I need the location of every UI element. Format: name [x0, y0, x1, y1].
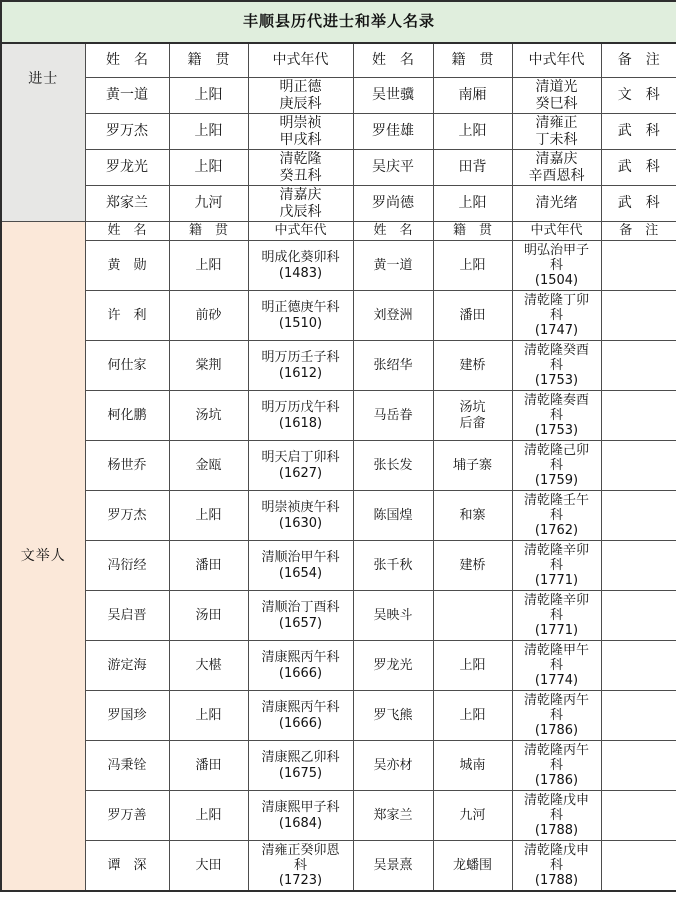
cell-year: 清康熙甲子科 (1684) — [248, 791, 353, 841]
cell-name: 许 利 — [85, 291, 169, 341]
cell-year: 清康熙乙卯科 (1675) — [248, 741, 353, 791]
cell-note: 武 科 — [601, 114, 676, 150]
cell-name: 罗万杰 — [85, 114, 169, 150]
table-row: 游定海大椹清康熙丙午科 (1666)罗龙光上阳清乾隆甲午 科 (1774) — [1, 641, 676, 691]
cell-native-place: 前砂 — [169, 291, 248, 341]
cell-native-place: 上阳 — [169, 491, 248, 541]
cell-year: 清乾隆戊申 科 (1788) — [512, 841, 601, 892]
cell-native-place: 上阳 — [169, 241, 248, 291]
page-title: 丰顺县历代进士和举人名录 — [1, 1, 676, 43]
cell-name: 吴世骥 — [353, 78, 433, 114]
cell-name: 张绍华 — [353, 341, 433, 391]
cell-name: 张长发 — [353, 441, 433, 491]
cell-note — [601, 741, 676, 791]
cell-native-place: 上阳 — [433, 691, 512, 741]
cell-native-place: 上阳 — [169, 150, 248, 186]
cell-year: 清乾隆戊申 科 (1788) — [512, 791, 601, 841]
section-jinshi: 进士姓 名籍 贯中式年代姓 名籍 贯中式年代备 注黄一道上阳明正德 庚辰科吴世骥… — [1, 43, 676, 222]
column-header: 备 注 — [601, 43, 676, 78]
column-header: 姓 名 — [353, 222, 433, 241]
column-header: 籍 贯 — [169, 43, 248, 78]
cell-note: 武 科 — [601, 186, 676, 222]
cell-name: 罗国珍 — [85, 691, 169, 741]
cell-year: 清嘉庆 辛酉恩科 — [512, 150, 601, 186]
cell-native-place: 九河 — [169, 186, 248, 222]
cell-name: 吴启晋 — [85, 591, 169, 641]
cell-year: 清乾隆壬午 科 (1762) — [512, 491, 601, 541]
cell-year: 清顺治甲午科 (1654) — [248, 541, 353, 591]
cell-name: 罗万善 — [85, 791, 169, 841]
cell-note — [601, 691, 676, 741]
cell-note — [601, 491, 676, 541]
table-row: 罗万杰上阳明崇祯 甲戌科罗佳雄上阳清雍正 丁未科武 科 — [1, 114, 676, 150]
cell-note: 武 科 — [601, 150, 676, 186]
cell-native-place: 埔子寨 — [433, 441, 512, 491]
section-wenjuren: 文举人姓 名籍 贯中式年代姓 名籍 贯中式年代备 注黄 勋上阳明成化葵卯科 (1… — [1, 222, 676, 892]
cell-native-place: 汤田 — [169, 591, 248, 641]
cell-name: 罗龙光 — [353, 641, 433, 691]
cell-year: 明弘治甲子 科 (1504) — [512, 241, 601, 291]
cell-year: 清康熙丙午科 (1666) — [248, 691, 353, 741]
cell-native-place: 城南 — [433, 741, 512, 791]
column-header: 籍 贯 — [169, 222, 248, 241]
section-label-wenjuren: 文举人 — [1, 222, 85, 892]
cell-name: 杨世乔 — [85, 441, 169, 491]
cell-name: 吴映斗 — [353, 591, 433, 641]
column-header: 中式年代 — [512, 43, 601, 78]
table-row: 杨世乔金瓯明天启丁卯科 (1627)张长发埔子寨清乾隆己卯 科 (1759) — [1, 441, 676, 491]
cell-name: 何仕家 — [85, 341, 169, 391]
cell-year: 明成化葵卯科 (1483) — [248, 241, 353, 291]
cell-native-place: 大田 — [169, 841, 248, 892]
table-row: 罗龙光上阳清乾隆 癸丑科吴庆平田背清嘉庆 辛酉恩科武 科 — [1, 150, 676, 186]
cell-native-place: 田背 — [433, 150, 512, 186]
cell-name: 柯化鹏 — [85, 391, 169, 441]
cell-name: 吴景熹 — [353, 841, 433, 892]
cell-native-place: 和寨 — [433, 491, 512, 541]
cell-note — [601, 641, 676, 691]
table-row: 何仕家棠荆明万历壬子科 (1612)张绍华建桥清乾隆癸酉 科 (1753) — [1, 341, 676, 391]
cell-name: 罗佳雄 — [353, 114, 433, 150]
column-header: 中式年代 — [512, 222, 601, 241]
cell-name: 冯秉铨 — [85, 741, 169, 791]
cell-name: 郑家兰 — [353, 791, 433, 841]
cell-note — [601, 591, 676, 641]
cell-native-place: 棠荆 — [169, 341, 248, 391]
column-header: 籍 贯 — [433, 222, 512, 241]
table-row: 许 利前砂明正德庚午科 (1510)刘登洲潘田清乾隆丁卯 科 (1747) — [1, 291, 676, 341]
table-row: 郑家兰九河清嘉庆 戊辰科罗尚德上阳清光绪武 科 — [1, 186, 676, 222]
table-row: 黄一道上阳明正德 庚辰科吴世骥南厢清道光 癸巳科文 科 — [1, 78, 676, 114]
cell-year: 清乾隆辛卯 科 (1771) — [512, 591, 601, 641]
cell-year: 明万历壬子科 (1612) — [248, 341, 353, 391]
table-row: 谭 深大田清雍正癸卯恩 科 (1723)吴景熹龙蟠围清乾隆戊申 科 (1788) — [1, 841, 676, 892]
cell-note — [601, 291, 676, 341]
cell-name: 黄一道 — [353, 241, 433, 291]
cell-native-place: 上阳 — [433, 241, 512, 291]
cell-year: 明正德庚午科 (1510) — [248, 291, 353, 341]
cell-year: 清乾隆丁卯 科 (1747) — [512, 291, 601, 341]
column-header: 籍 贯 — [433, 43, 512, 78]
table-row: 吴启晋汤田清顺治丁酉科 (1657)吴映斗清乾隆辛卯 科 (1771) — [1, 591, 676, 641]
cell-name: 陈国煌 — [353, 491, 433, 541]
cell-year: 清乾隆己卯 科 (1759) — [512, 441, 601, 491]
cell-note — [601, 341, 676, 391]
cell-name: 黄一道 — [85, 78, 169, 114]
cell-year: 明崇祯庚午科 (1630) — [248, 491, 353, 541]
cell-year: 清康熙丙午科 (1666) — [248, 641, 353, 691]
title-row: 丰顺县历代进士和举人名录 — [1, 1, 676, 43]
table-row: 黄 勋上阳明成化葵卯科 (1483)黄一道上阳明弘治甲子 科 (1504) — [1, 241, 676, 291]
cell-name: 马岳眷 — [353, 391, 433, 441]
cell-name: 罗飞熊 — [353, 691, 433, 741]
cell-native-place: 潘田 — [169, 741, 248, 791]
cell-year: 明正德 庚辰科 — [248, 78, 353, 114]
cell-name: 罗尚德 — [353, 186, 433, 222]
column-header: 中式年代 — [248, 43, 353, 78]
cell-name: 张千秋 — [353, 541, 433, 591]
cell-native-place: 上阳 — [169, 791, 248, 841]
cell-year: 清乾隆癸酉 科 (1753) — [512, 341, 601, 391]
cell-native-place: 龙蟠围 — [433, 841, 512, 892]
cell-native-place: 金瓯 — [169, 441, 248, 491]
cell-year: 清乾隆丙午 科 (1786) — [512, 741, 601, 791]
roster-table: 丰顺县历代进士和举人名录 进士姓 名籍 贯中式年代姓 名籍 贯中式年代备 注黄一… — [0, 0, 676, 892]
column-header-row: 进士姓 名籍 贯中式年代姓 名籍 贯中式年代备 注 — [1, 43, 676, 78]
cell-year: 清雍正 丁未科 — [512, 114, 601, 150]
cell-name: 黄 勋 — [85, 241, 169, 291]
cell-name: 吴亦材 — [353, 741, 433, 791]
cell-native-place: 上阳 — [169, 78, 248, 114]
cell-native-place: 汤坑 后畲 — [433, 391, 512, 441]
cell-native-place: 潘田 — [433, 291, 512, 341]
cell-year: 清乾隆奏酉 科 (1753) — [512, 391, 601, 441]
column-header: 备 注 — [601, 222, 676, 241]
cell-native-place: 上阳 — [433, 114, 512, 150]
cell-year: 清雍正癸卯恩 科 (1723) — [248, 841, 353, 892]
column-header: 姓 名 — [353, 43, 433, 78]
cell-year: 清乾隆丙午 科 (1786) — [512, 691, 601, 741]
section-label-jinshi: 进士 — [1, 43, 85, 222]
cell-note — [601, 791, 676, 841]
cell-year: 清乾隆甲午 科 (1774) — [512, 641, 601, 691]
cell-native-place: 建桥 — [433, 541, 512, 591]
cell-note — [601, 441, 676, 491]
cell-year: 清乾隆 癸丑科 — [248, 150, 353, 186]
table-row: 柯化鹏汤坑明万历戊午科 (1618)马岳眷汤坑 后畲清乾隆奏酉 科 (1753) — [1, 391, 676, 441]
cell-year: 清道光 癸巳科 — [512, 78, 601, 114]
cell-native-place: 上阳 — [433, 641, 512, 691]
table-row: 罗国珍上阳清康熙丙午科 (1666)罗飞熊上阳清乾隆丙午 科 (1786) — [1, 691, 676, 741]
table-row: 冯衍经潘田清顺治甲午科 (1654)张千秋建桥清乾隆辛卯 科 (1771) — [1, 541, 676, 591]
table-row: 罗万杰上阳明崇祯庚午科 (1630)陈国煌和寨清乾隆壬午 科 (1762) — [1, 491, 676, 541]
cell-name: 游定海 — [85, 641, 169, 691]
cell-native-place: 九河 — [433, 791, 512, 841]
cell-native-place: 汤坑 — [169, 391, 248, 441]
cell-note — [601, 541, 676, 591]
column-header-row: 文举人姓 名籍 贯中式年代姓 名籍 贯中式年代备 注 — [1, 222, 676, 241]
cell-native-place: 建桥 — [433, 341, 512, 391]
cell-native-place — [433, 591, 512, 641]
cell-name: 刘登洲 — [353, 291, 433, 341]
table-row: 罗万善上阳清康熙甲子科 (1684)郑家兰九河清乾隆戊申 科 (1788) — [1, 791, 676, 841]
column-header: 中式年代 — [248, 222, 353, 241]
cell-native-place: 上阳 — [433, 186, 512, 222]
cell-year: 明万历戊午科 (1618) — [248, 391, 353, 441]
cell-name: 罗万杰 — [85, 491, 169, 541]
column-header: 姓 名 — [85, 43, 169, 78]
cell-native-place: 大椹 — [169, 641, 248, 691]
cell-year: 清乾隆辛卯 科 (1771) — [512, 541, 601, 591]
cell-name: 罗龙光 — [85, 150, 169, 186]
cell-year: 清嘉庆 戊辰科 — [248, 186, 353, 222]
cell-name: 谭 深 — [85, 841, 169, 892]
cell-year: 清光绪 — [512, 186, 601, 222]
cell-name: 吴庆平 — [353, 150, 433, 186]
cell-native-place: 上阳 — [169, 114, 248, 150]
cell-year: 清顺治丁酉科 (1657) — [248, 591, 353, 641]
cell-note — [601, 241, 676, 291]
cell-note — [601, 841, 676, 892]
cell-note — [601, 391, 676, 441]
cell-name: 冯衍经 — [85, 541, 169, 591]
cell-year: 明崇祯 甲戌科 — [248, 114, 353, 150]
cell-native-place: 南厢 — [433, 78, 512, 114]
table-row: 冯秉铨潘田清康熙乙卯科 (1675)吴亦材城南清乾隆丙午 科 (1786) — [1, 741, 676, 791]
column-header: 姓 名 — [85, 222, 169, 241]
cell-note: 文 科 — [601, 78, 676, 114]
cell-native-place: 上阳 — [169, 691, 248, 741]
cell-name: 郑家兰 — [85, 186, 169, 222]
cell-native-place: 潘田 — [169, 541, 248, 591]
cell-year: 明天启丁卯科 (1627) — [248, 441, 353, 491]
